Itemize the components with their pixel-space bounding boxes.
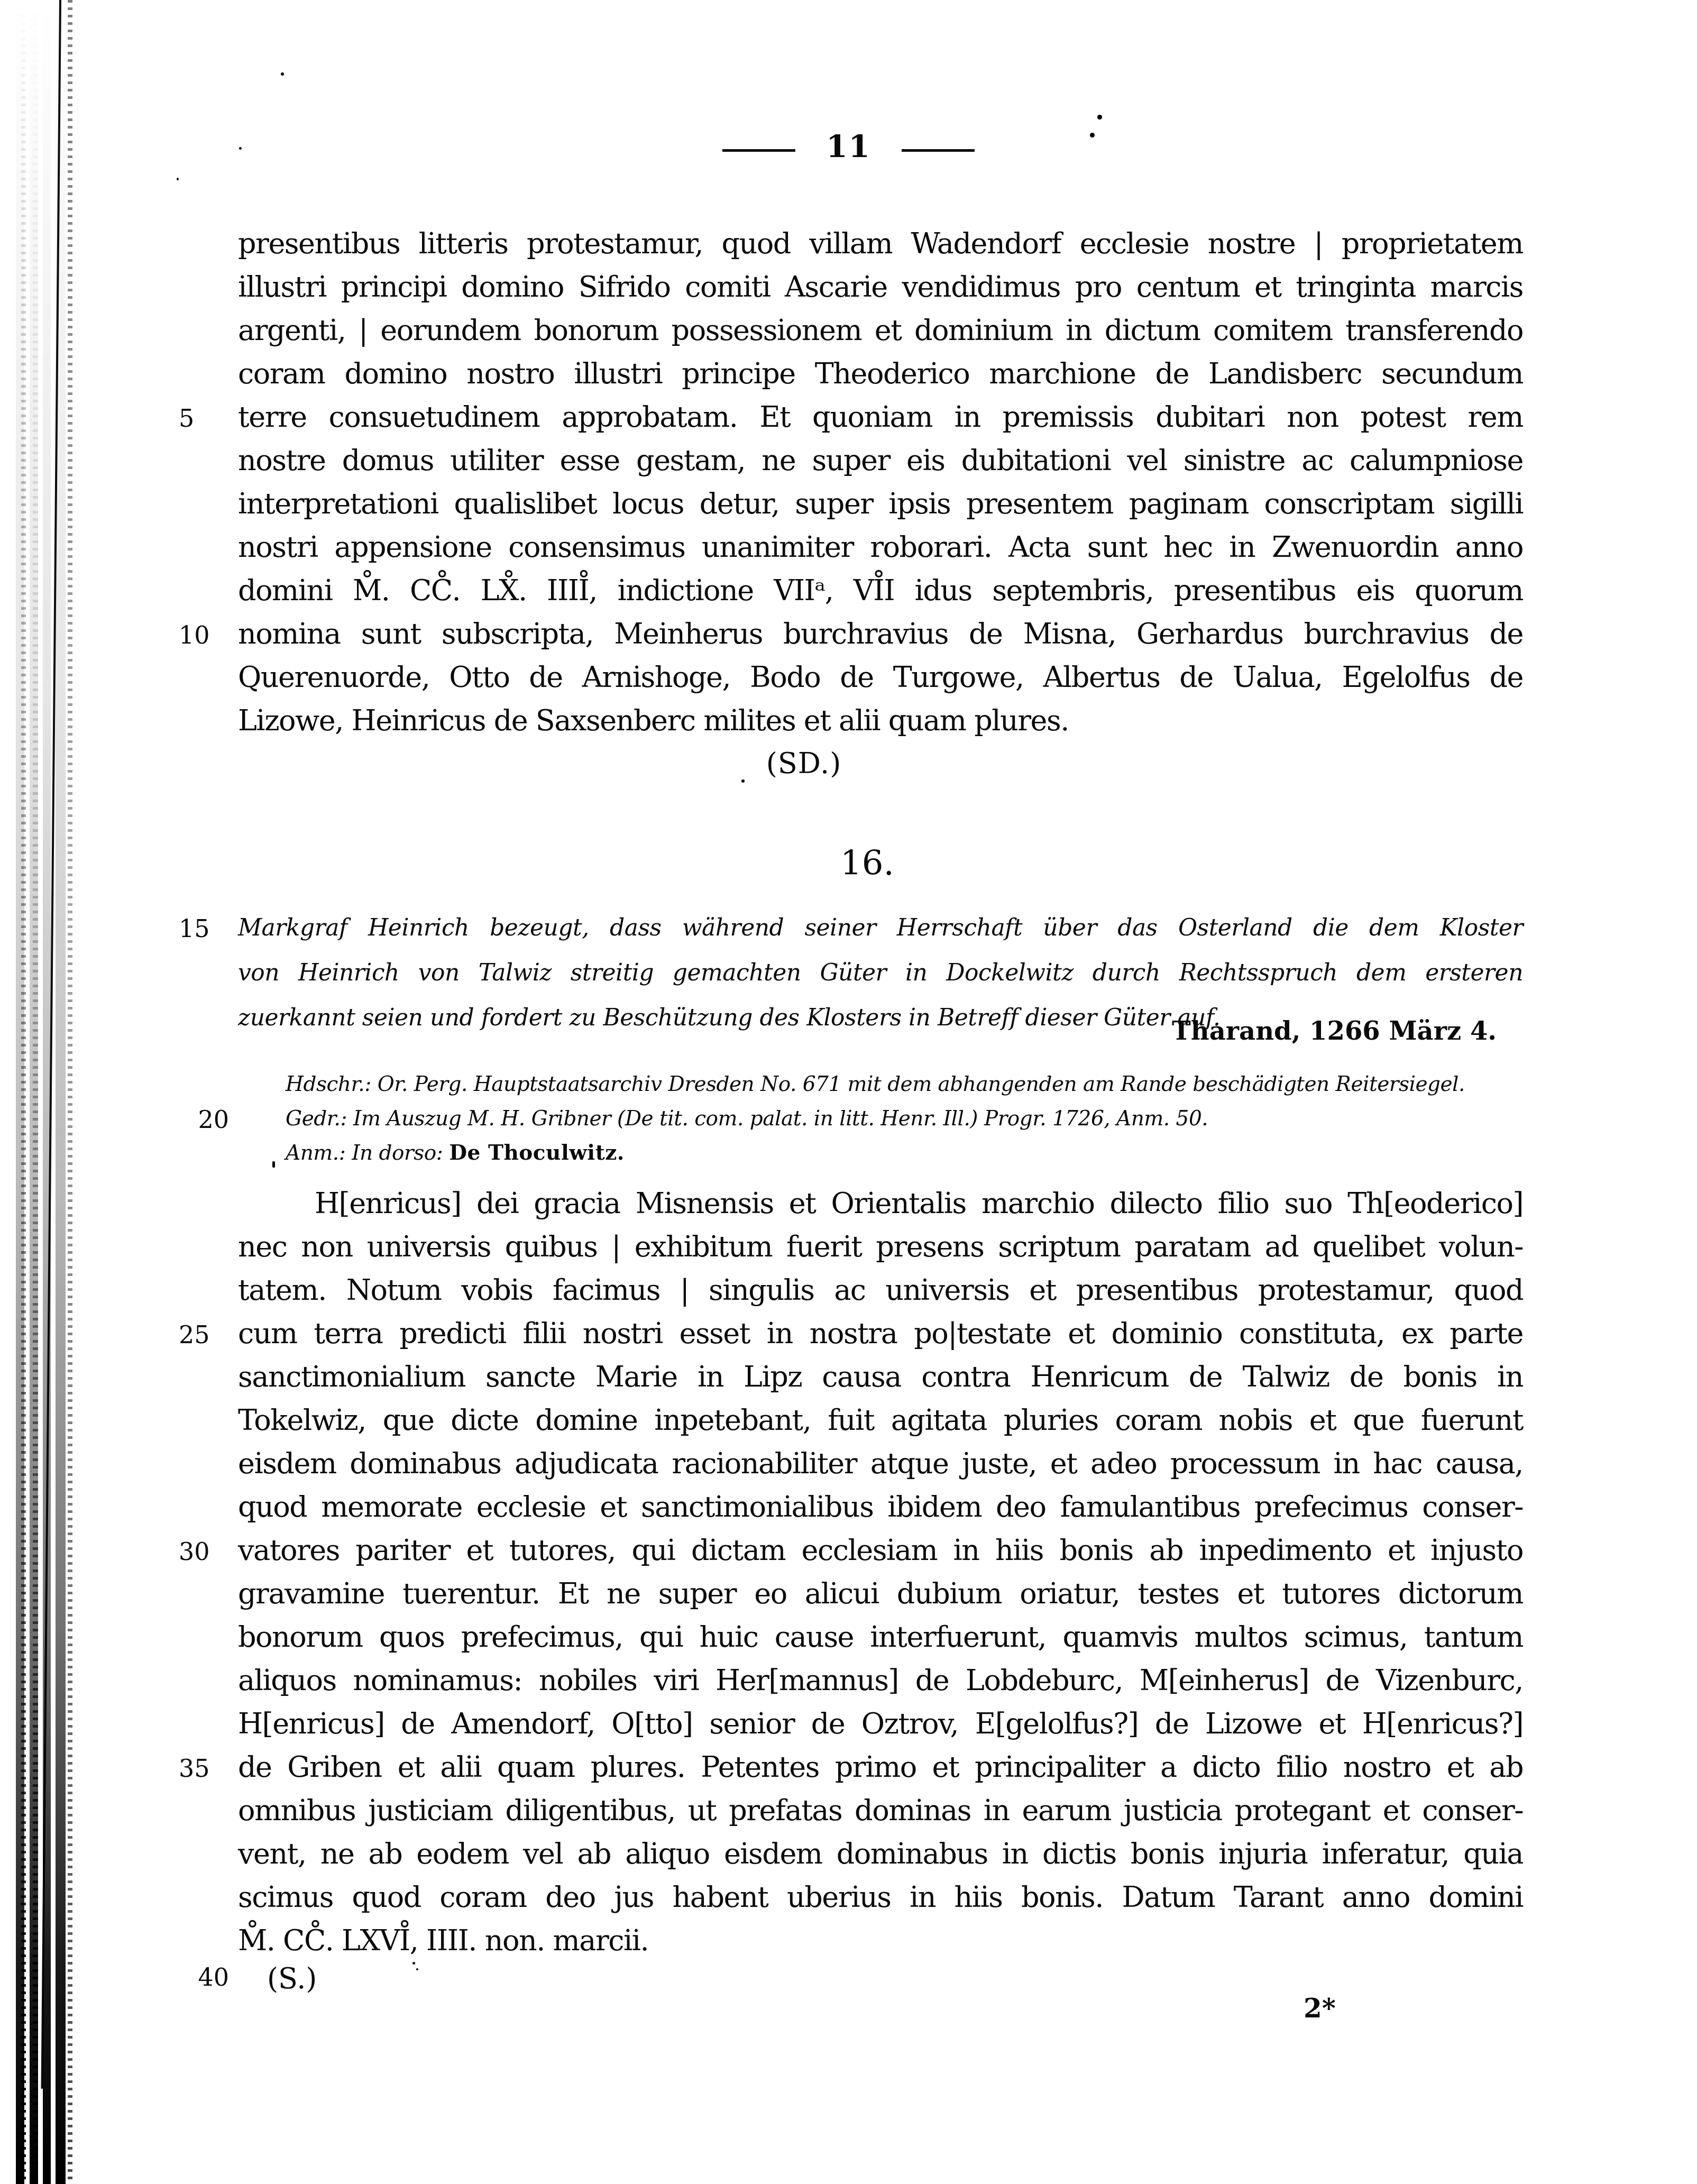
- ink-speck: [177, 178, 179, 180]
- line-text: quod memorate ecclesie et sanctimonialib…: [238, 1490, 1523, 1524]
- margin-line-number: 5: [179, 397, 229, 440]
- charter-16-source-notes: Hdschr.: Or. Perg. Hauptstaatsarchiv Dre…: [238, 1067, 1523, 1170]
- scan-artifact-edge: [0, 0, 85, 2184]
- charter-16-seal-note: 40(S.): [238, 1962, 317, 1995]
- line-text: nec non universis quibus | exhibitum fue…: [238, 1230, 1523, 1263]
- line-text: Querenuorde, Otto de Arnishoge, Bodo de …: [238, 660, 1523, 694]
- line-text: presentibus litteris protestamur, quod v…: [238, 227, 1523, 260]
- charter-16-dateline: Tharand, 1266 März 4.: [238, 1016, 1523, 1046]
- source-line: Anm.: In dorso: De Thoculwitz.: [238, 1136, 1523, 1170]
- scan-artifact-speckle: [68, 0, 72, 2184]
- margin-line-number: 35: [179, 1747, 229, 1790]
- line-text: de Griben et alii quam plures. Petentes …: [238, 1750, 1523, 1784]
- scan-artifact-speckle: [33, 0, 38, 2184]
- line-text: nostre domus utiliter esse gestam, ne su…: [238, 444, 1523, 477]
- text-line: 35de Griben et alii quam plures. Petente…: [238, 1746, 1523, 1789]
- margin-line-number: 30: [179, 1530, 229, 1573]
- text-line: domini M̊. CC̊. LX̊. IIII̊, indictione V…: [238, 569, 1523, 612]
- scan-artifact-line: [41, 0, 61, 2089]
- ink-speck: [416, 1968, 418, 1970]
- text-line: vent, ne ab eodem vel ab aliquo eisdem d…: [238, 1832, 1523, 1876]
- ink-speck: [1097, 115, 1102, 120]
- line-text: nostri appensione consensimus unanimiter…: [238, 530, 1523, 564]
- charter-15-seal-note: (SD.): [238, 747, 1370, 780]
- text-line: bonorum quos prefecimus, qui huic cause …: [238, 1616, 1523, 1659]
- ink-speck: [281, 72, 284, 76]
- text-line: gravamine tuerentur. Et ne super eo alic…: [238, 1572, 1523, 1616]
- margin-line-number: 20: [179, 1103, 229, 1137]
- text-line: Querenuorde, Otto de Arnishoge, Bodo de …: [238, 656, 1523, 699]
- line-text: vatores pariter et tutores, qui dictam e…: [238, 1534, 1523, 1567]
- text-line: eisdem dominabus adjudicata racionabilit…: [238, 1442, 1523, 1485]
- text-line: 25cum terra predicti filii nostri esset …: [238, 1312, 1523, 1355]
- text-line: omnibus justiciam diligentibus, ut prefa…: [238, 1789, 1523, 1832]
- text-line: Lizowe, Heinricus de Saxsenberc milites …: [238, 699, 1523, 742]
- line-text: von Heinrich von Talwiz streitig gemacht…: [238, 959, 1523, 986]
- text-line: scimus quod coram deo jus habent uberius…: [238, 1876, 1523, 1919]
- line-text: eisdem dominabus adjudicata racionabilit…: [238, 1447, 1523, 1480]
- source-line-roman: De Thoculwitz.: [449, 1141, 625, 1165]
- source-line-italic: Anm.: In dorso:: [286, 1141, 449, 1165]
- line-text: domini M̊. CC̊. LX̊. IIII̊, indictione V…: [238, 574, 1523, 607]
- source-line: Hdschr.: Or. Perg. Hauptstaatsarchiv Dre…: [238, 1067, 1523, 1102]
- line-text: gravamine tuerentur. Et ne super eo alic…: [238, 1577, 1523, 1610]
- text-line: nec non universis quibus | exhibitum fue…: [238, 1225, 1523, 1269]
- text-line: coram domino nostro illustri principe Th…: [238, 352, 1523, 396]
- text-line: argenti, | eorundem bonorum possessionem…: [238, 309, 1523, 352]
- scan-artifact-speckle: [21, 0, 26, 2184]
- text-line: nostre domus utiliter esse gestam, ne su…: [238, 439, 1523, 482]
- charter-16-number: 16.: [238, 844, 1497, 883]
- line-text: Markgraf Heinrich bezeugt, dass während …: [238, 914, 1523, 941]
- header-rule-right: [902, 149, 975, 152]
- source-line: 20Gedr.: Im Auszug M. H. Gribner (De tit…: [238, 1102, 1523, 1136]
- line-text: omnibus justiciam diligentibus, ut prefa…: [238, 1794, 1523, 1827]
- line-text: argenti, | eorundem bonorum possessionem…: [238, 314, 1523, 347]
- line-text: scimus quod coram deo jus habent uberius…: [238, 1880, 1523, 1914]
- line-text: aliquos nominamus: nobiles viri Her[mann…: [238, 1664, 1523, 1697]
- summary-line: von Heinrich von Talwiz streitig gemacht…: [238, 950, 1523, 995]
- line-text: Lizowe, Heinricus de Saxsenberc milites …: [238, 704, 1069, 737]
- line-text: sanctimonialium sancte Marie in Lipz cau…: [238, 1360, 1523, 1393]
- line-text: cum terra predicti filii nostri esset in…: [238, 1317, 1523, 1350]
- line-text: tatem. Notum vobis facimus | singulis ac…: [238, 1273, 1523, 1307]
- text-line: H[enricus] dei gracia Misnensis et Orien…: [238, 1182, 1523, 1225]
- text-line: interpretationi qualislibet locus detur,…: [238, 482, 1523, 526]
- page-header: 11: [0, 129, 1697, 164]
- margin-line-number: 40: [179, 1963, 229, 1992]
- source-line-italic: Gedr.: Im Auszug M. H. Gribner (De tit. …: [286, 1107, 1208, 1131]
- summary-line: 15Markgraf Heinrich bezeugt, dass währen…: [238, 905, 1523, 950]
- line-text: illustri principi domino Sifrido comiti …: [238, 270, 1523, 304]
- line-text: bonorum quos prefecimus, qui huic cause …: [238, 1620, 1523, 1654]
- line-text: interpretationi qualislibet locus detur,…: [238, 487, 1523, 520]
- text-line: 30vatores pariter et tutores, qui dictam…: [238, 1529, 1523, 1572]
- text-line: illustri principi domino Sifrido comiti …: [238, 265, 1523, 309]
- margin-line-number: 15: [179, 906, 229, 951]
- text-line: 10nomina sunt subscripta, Meinherus burc…: [238, 612, 1523, 656]
- line-text: Tokelwiz, que dicte domine inpetebant, f…: [238, 1403, 1523, 1437]
- charter-16-text: H[enricus] dei gracia Misnensis et Orien…: [238, 1182, 1523, 1962]
- line-text: H[enricus] dei gracia Misnensis et Orien…: [315, 1187, 1523, 1220]
- line-text: H[enricus] de Amendorf, O[tto] senior de…: [238, 1707, 1523, 1740]
- page-number: 11: [826, 129, 871, 164]
- text-line: Tokelwiz, que dicte domine inpetebant, f…: [238, 1399, 1523, 1442]
- text-line: 5terre consuetudinem approbatam. Et quon…: [238, 396, 1523, 439]
- line-text: nomina sunt subscripta, Meinherus burchr…: [238, 617, 1523, 650]
- line-text: coram domino nostro illustri principe Th…: [238, 357, 1523, 390]
- text-line: sanctimonialium sancte Marie in Lipz cau…: [238, 1355, 1523, 1399]
- text-line: M̊. CC̊. LXVI̊, IIII. non. marcii.: [238, 1919, 1523, 1962]
- text-line: nostri appensione consensimus unanimiter…: [238, 526, 1523, 569]
- text-line: quod memorate ecclesie et sanctimonialib…: [238, 1485, 1523, 1529]
- header-rule-left: [722, 149, 795, 152]
- line-text: terre consuetudinem approbatam. Et quoni…: [238, 400, 1523, 434]
- scanned-book-page: 11 presentibus litteris protestamur, quo…: [0, 0, 1697, 2184]
- margin-line-number: 25: [179, 1313, 229, 1356]
- text-line: tatem. Notum vobis facimus | singulis ac…: [238, 1269, 1523, 1312]
- margin-line-number: 10: [179, 613, 229, 657]
- text-line: H[enricus] de Amendorf, O[tto] senior de…: [238, 1702, 1523, 1746]
- line-text: M̊. CC̊. LXVI̊, IIII. non. marcii.: [238, 1924, 648, 1957]
- seal-text: (S.): [267, 1962, 317, 1995]
- text-line: presentibus litteris protestamur, quod v…: [238, 222, 1523, 265]
- text-line: aliquos nominamus: nobiles viri Her[mann…: [238, 1659, 1523, 1702]
- line-text: vent, ne ab eodem vel ab aliquo eisdem d…: [238, 1837, 1523, 1870]
- charter-15-text: presentibus litteris protestamur, quod v…: [238, 222, 1523, 742]
- signature-mark: 2*: [1304, 1993, 1336, 2024]
- scan-artifact-bands: [0, 0, 85, 2184]
- source-line-italic: Hdschr.: Or. Perg. Hauptstaatsarchiv Dre…: [286, 1072, 1465, 1096]
